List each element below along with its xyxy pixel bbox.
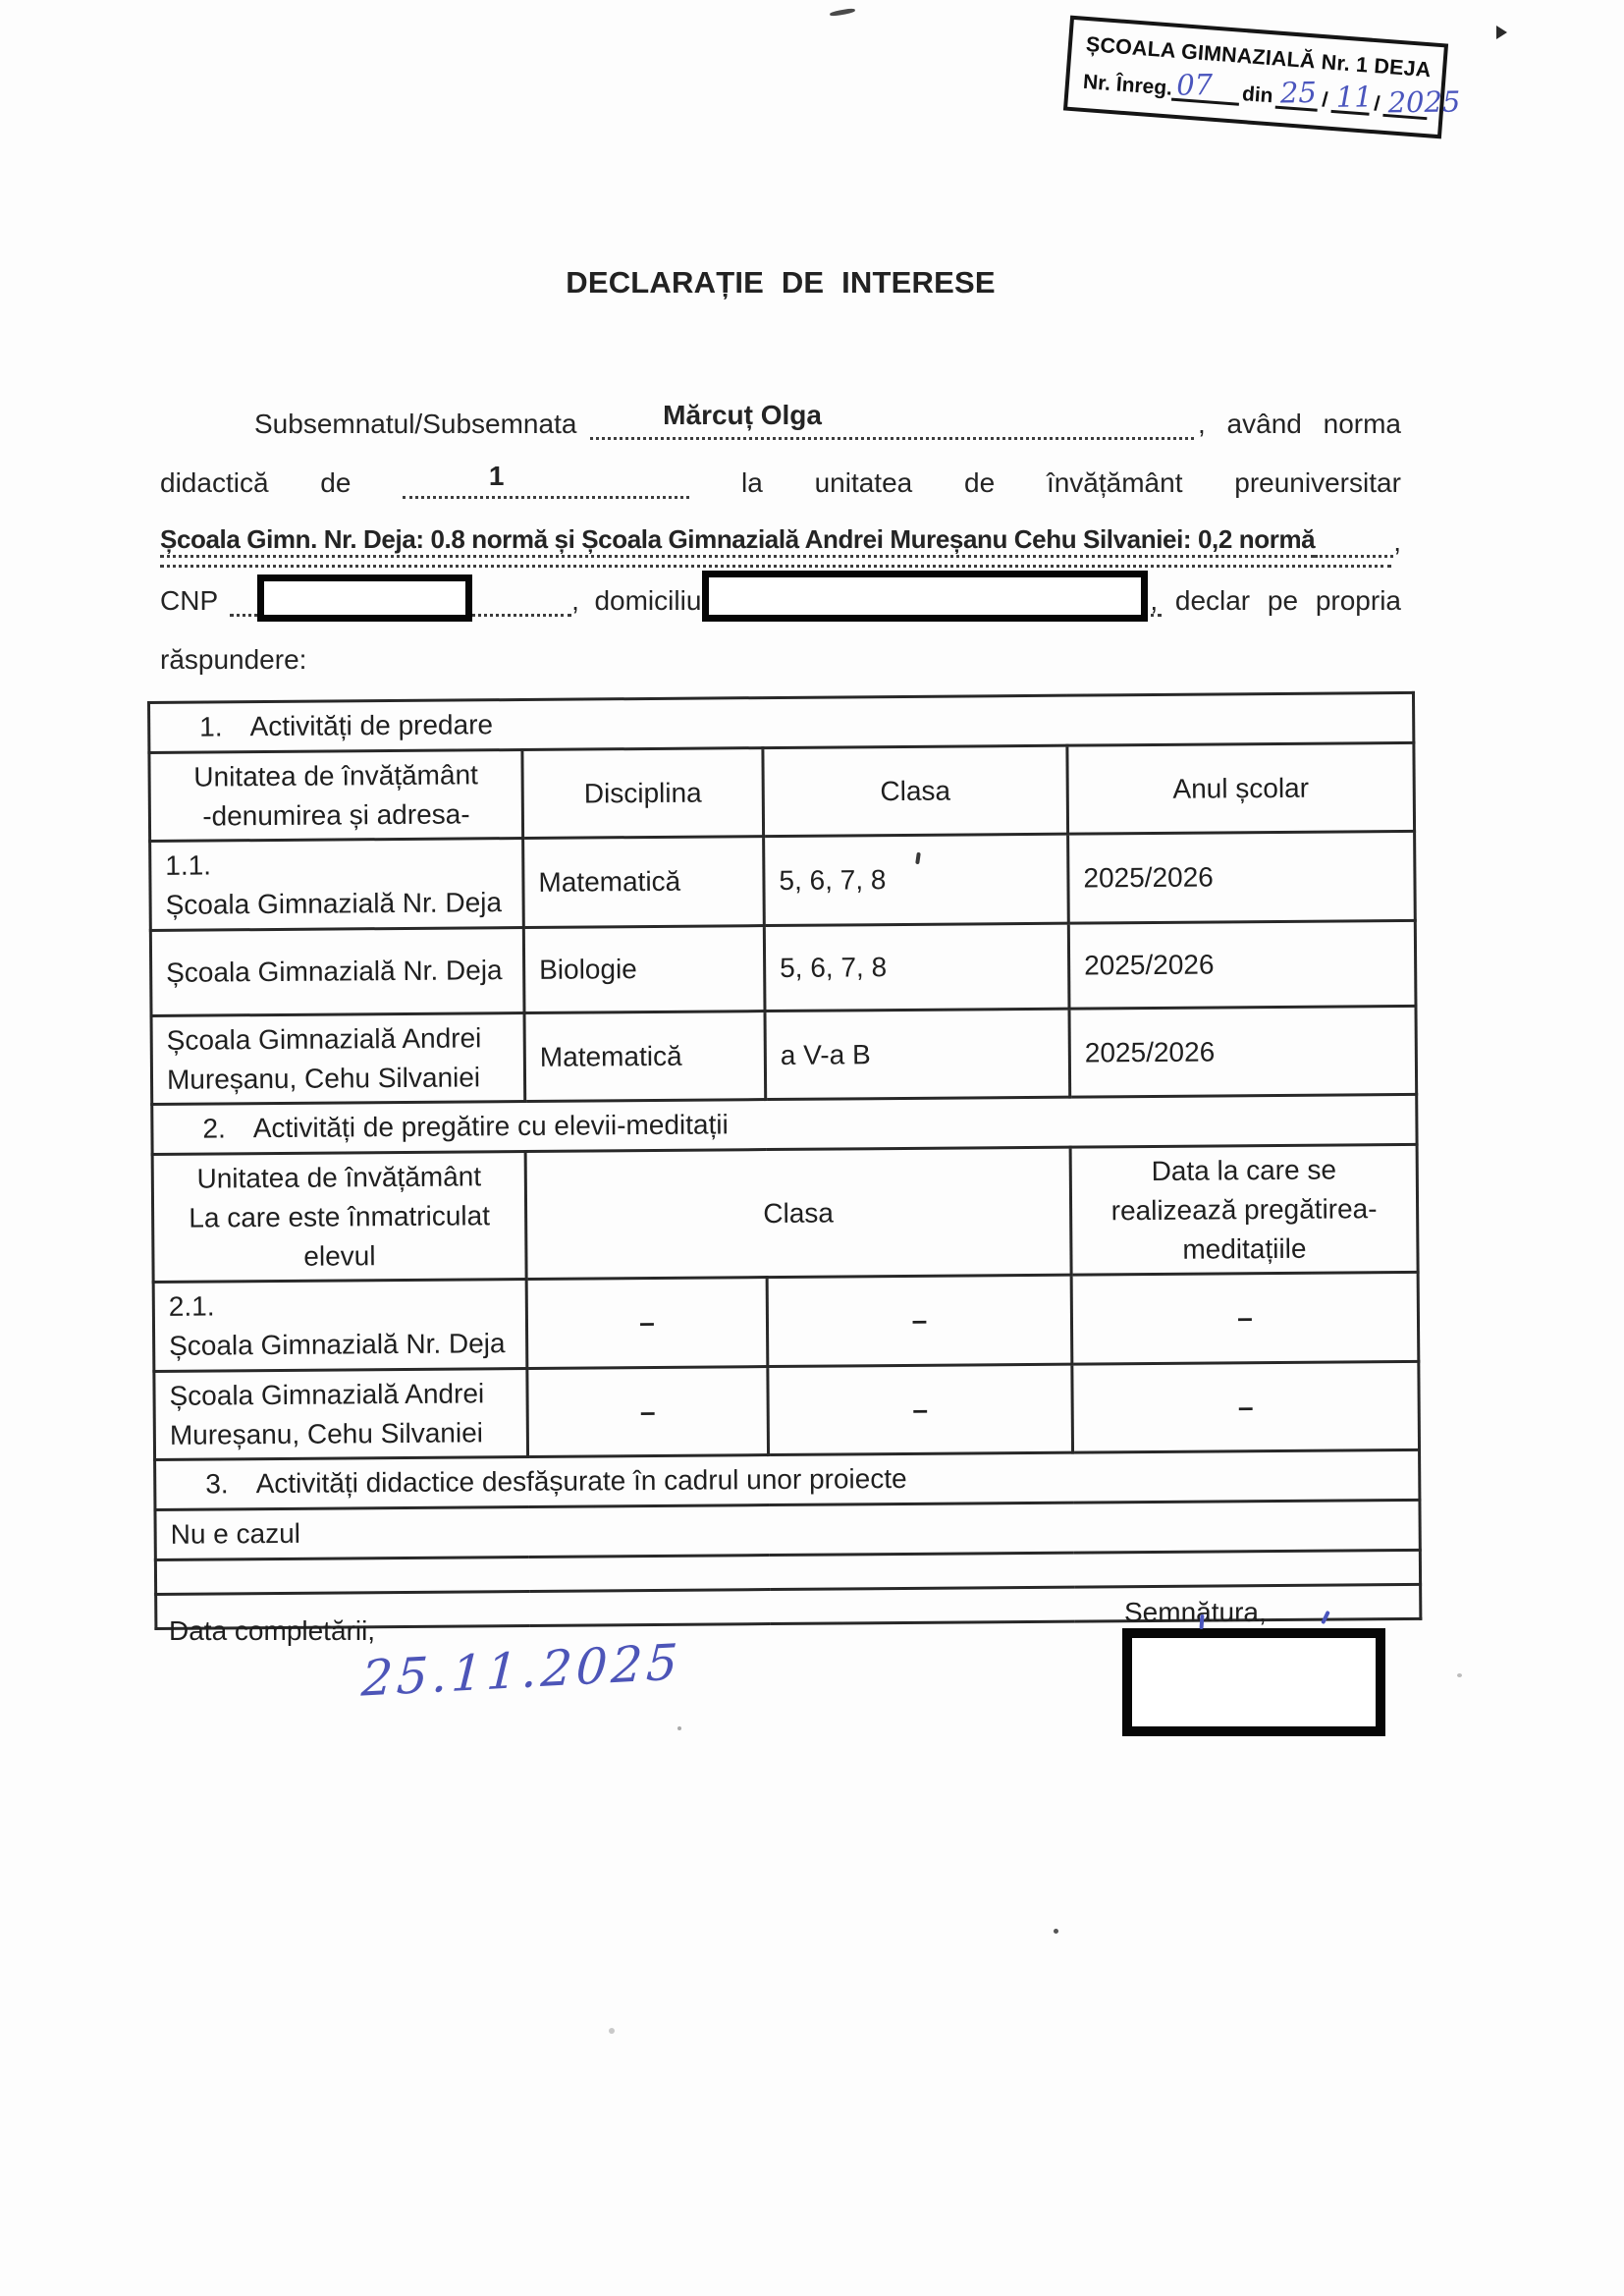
stamp-date-separator: / — [1374, 92, 1381, 116]
table-row: 1.1. Școala Gimnazială Nr. Deja Matemati… — [150, 832, 1416, 931]
word: preuniversitar — [1234, 467, 1401, 499]
header-disciplina: Disciplina — [522, 747, 764, 838]
dotted-filler — [1315, 551, 1393, 558]
year-cell: 2025/2026 — [1068, 832, 1416, 923]
cnp-dotted-field — [230, 610, 571, 617]
header-unit-enrolled: Unitatea de învățământ La care este înma… — [152, 1151, 526, 1282]
intro-line-2: didactică de 1 la unitatea de învățământ… — [160, 450, 1401, 509]
table-row: Școala Gimnazială Andrei Mureșanu, Cehu … — [154, 1361, 1420, 1460]
domiciliul-label: , domiciliul — [571, 585, 707, 617]
scan-speck — [609, 2028, 615, 2034]
section1-header-row: Unitatea de învățământ -denumirea și adr… — [149, 742, 1415, 842]
registration-stamp: ȘCOALA GIMNAZIALĂ Nr. 1 DEJA Nr. Înreg. … — [1063, 16, 1448, 139]
section-number: 2. — [202, 1110, 226, 1149]
word: didactică — [160, 467, 269, 499]
stamp-day-slot: 25 — [1275, 100, 1319, 112]
scanned-declaration-page: ȘCOALA GIMNAZIALĂ Nr. 1 DEJA Nr. Înreg. … — [0, 0, 1624, 2296]
activities-table: 1.Activități de predare Unitatea de învă… — [147, 691, 1422, 1630]
class-cell: 5, 6, 7, 8 — [764, 923, 1069, 1011]
avand-norma-text: , având norma — [1198, 409, 1401, 440]
cnp-redaction-box — [257, 574, 472, 622]
class-cell: a V-a B — [765, 1009, 1070, 1100]
declarant-name: Mărcuț Olga — [663, 400, 822, 431]
intro-line-3: Școala Gimn. Nr. Deja: 0.8 normă și Școa… — [160, 509, 1401, 568]
unit-cell: 2.1. Școala Gimnazială Nr. Deja — [153, 1280, 527, 1371]
discipline-cell: Matematică — [523, 837, 765, 927]
scan-speck — [1054, 1929, 1058, 1934]
section-number: 1. — [199, 707, 223, 746]
stamp-reg-label: Nr. Înreg. — [1082, 71, 1173, 101]
word: de — [320, 467, 351, 499]
dash-cell: – — [1071, 1273, 1419, 1364]
header-unit: Unitatea de învățământ -denumirea și adr… — [149, 749, 523, 841]
word: învățământ — [1047, 467, 1183, 499]
cnp-label: CNP — [160, 585, 218, 617]
header-data-meditatii: Data la care se realizează pregătirea- m… — [1070, 1144, 1418, 1275]
unit-cell: Școala Gimnazială Nr. Deja — [150, 927, 524, 1015]
name-dotted-field: Mărcuț Olga — [590, 433, 1194, 440]
address-redaction-box — [702, 571, 1148, 622]
signature-redaction-box — [1122, 1628, 1385, 1736]
section-title: Activități didactice desfășurate în cadr… — [255, 1463, 906, 1499]
table-row: 2.1. Școala Gimnazială Nr. Deja – – – — [153, 1273, 1419, 1372]
unit-cell: Școala Gimnazială Andrei Mureșanu, Cehu … — [154, 1368, 528, 1459]
intro-paragraph: Subsemnatul/Subsemnata Mărcuț Olga , avâ… — [160, 391, 1401, 685]
unit-cell: 1.1. Școala Gimnazială Nr. Deja — [150, 839, 524, 930]
dash-cell: – — [768, 1364, 1073, 1455]
section-title: Activități de pregătire cu elevii-medita… — [253, 1110, 729, 1144]
word: unitatea — [815, 467, 913, 499]
dash-cell: – — [526, 1278, 768, 1368]
unit-cell: Școala Gimnazială Andrei Mureșanu, Cehu … — [151, 1012, 525, 1104]
class-cell: 5, 6, 7, 8 — [764, 834, 1069, 925]
declar-text: , declar pe propria — [1150, 585, 1401, 617]
scan-speck — [677, 1726, 681, 1730]
date-handwriting: 25.11.2025 — [360, 1633, 683, 1707]
scan-speck — [1496, 26, 1507, 39]
dash-cell: – — [527, 1366, 769, 1456]
document-title: DECLARAȚIE DE INTERESE — [160, 265, 1401, 301]
dash-cell: – — [767, 1275, 1072, 1366]
signature-label: Semnătura, — [1124, 1597, 1267, 1628]
stamp-reg-number-handwriting: 07 — [1176, 68, 1213, 101]
subsemnatul-label: Subsemnatul/Subsemnata — [254, 409, 576, 440]
school-units-filled-text: Școala Gimn. Nr. Deja: 0.8 normă și Școa… — [160, 524, 1315, 558]
intro-line-4: CNP , domiciliul , declar pe propria — [160, 568, 1401, 627]
table-row: Școala Gimnazială Andrei Mureșanu, Cehu … — [151, 1006, 1417, 1105]
trailing-comma: , — [1393, 526, 1401, 558]
header-clasa: Clasa — [525, 1147, 1071, 1280]
date-completed-label: Data completării, — [169, 1615, 375, 1647]
norma-value: 1 — [489, 461, 505, 492]
section-title: Activități de predare — [249, 709, 493, 741]
discipline-cell: Biologie — [523, 925, 765, 1012]
stamp-year-slot: 2025 — [1382, 108, 1428, 120]
dash-cell: – — [1072, 1361, 1420, 1452]
stamp-din-label: din — [1241, 82, 1273, 108]
intro-line-5: răspundere: — [160, 627, 1401, 685]
scan-speck — [830, 8, 855, 17]
stamp-month-slot: 11 — [1330, 104, 1370, 116]
header-clasa: Clasa — [763, 745, 1068, 837]
table-row: Școala Gimnazială Nr. Deja Biologie 5, 6… — [150, 920, 1416, 1015]
stamp-date-separator: / — [1322, 88, 1329, 112]
section-number: 3. — [205, 1465, 229, 1504]
norma-dotted-field: 1 — [403, 492, 689, 499]
intro-line-1: Subsemnatul/Subsemnata Mărcuț Olga , avâ… — [160, 391, 1401, 450]
stamp-year-handwriting: 2025 — [1387, 84, 1460, 119]
raspundere-text: răspundere: — [160, 644, 306, 676]
stamp-month-handwriting: 11 — [1335, 80, 1372, 113]
word: la — [741, 467, 763, 499]
scan-speck — [1457, 1673, 1462, 1677]
discipline-cell: Matematică — [524, 1011, 766, 1101]
stamp-day-handwriting: 25 — [1280, 76, 1317, 109]
section2-header-row: Unitatea de învățământ La care este înma… — [152, 1144, 1418, 1282]
word: de — [964, 467, 995, 499]
header-anul-scolar: Anul școlar — [1067, 742, 1415, 834]
domiciliul-dotted-field — [708, 610, 1163, 617]
year-cell: 2025/2026 — [1069, 1006, 1417, 1097]
year-cell: 2025/2026 — [1068, 920, 1416, 1009]
stamp-reg-number-slot: 07 — [1171, 92, 1240, 106]
